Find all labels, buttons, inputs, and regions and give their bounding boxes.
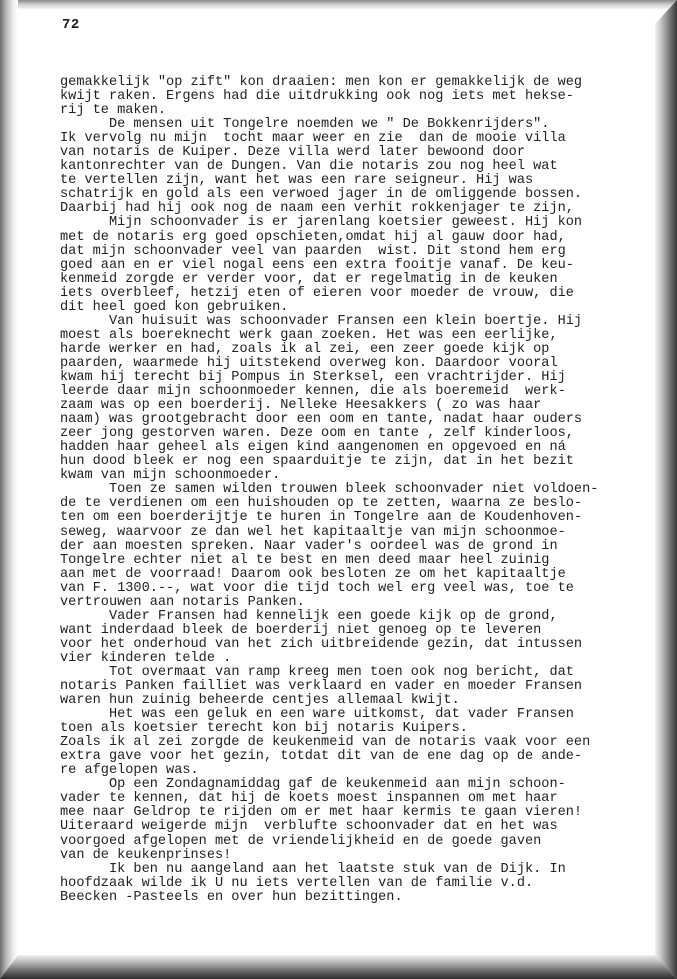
- text-line: dat mijn schoonvader veel van paarden wi…: [60, 245, 640, 259]
- text-line: waren hun zuinig beheerde centjes allema…: [60, 694, 640, 708]
- text-line: goed aan en er viel nogal eens een extra…: [60, 259, 640, 273]
- text-line: vertrouwen aan notaris Panken.: [60, 596, 640, 610]
- text-line: re afgelopen was.: [60, 764, 640, 778]
- text-line: te vertellen zijn, want het was een rare…: [60, 174, 640, 188]
- text-line: hun dood bleek er nog een spaarduitje te…: [60, 455, 640, 469]
- text-line: Uiteraard weigerde mijn verblufte schoon…: [60, 820, 640, 834]
- typewritten-body-text: gemakkelijk "op zift" kon draaien: men k…: [60, 76, 640, 905]
- text-line: rij te maken.: [60, 104, 640, 118]
- text-line: Toen ze samen wilden trouwen bleek schoo…: [60, 483, 640, 497]
- text-line: met de notaris erg goed opschieten,omdat…: [60, 231, 640, 245]
- text-line: Ik ben nu aangeland aan het laatste stuk…: [60, 863, 640, 877]
- text-line: vier kinderen telde .: [60, 652, 640, 666]
- text-line: toen als koetsier terecht kon bij notari…: [60, 722, 640, 736]
- text-line: kantonrechter van de Dungen. Van die not…: [60, 160, 640, 174]
- text-line: hadden haar geheel als eigen kind aangen…: [60, 441, 640, 455]
- text-line: Vader Fransen had kennelijk een goede ki…: [60, 610, 640, 624]
- text-line: vader te kennen, dat hij de koets moest …: [60, 792, 640, 806]
- text-line: Mijn schoonvader is er jarenlang koetsie…: [60, 216, 640, 230]
- text-line: Zoals ik al zei zorgde de keukenmeid van…: [60, 736, 640, 750]
- text-line: seweg, waarvoor ze dan wel het kapitaalt…: [60, 526, 640, 540]
- text-line: kwam van mijn schoonmoeder.: [60, 469, 640, 483]
- text-line: van F. 1300.--, wat voor die tijd toch w…: [60, 582, 640, 596]
- text-line: van notaris de Kuiper. Deze villa werd l…: [60, 146, 640, 160]
- text-line: kenmeid zorgde er verder voor, dat er re…: [60, 273, 640, 287]
- text-line: mee naar Geldrop te rijden om er met haa…: [60, 806, 640, 820]
- text-line: moest als boereknecht werk gaan zoeken. …: [60, 329, 640, 343]
- text-line: van de keukenprinses!: [60, 849, 640, 863]
- text-line: iets overbleef, hetzij eten of eieren vo…: [60, 287, 640, 301]
- text-line: de te verdienen om een huishouden op te …: [60, 497, 640, 511]
- text-line: want inderdaad bleek de boerderij niet g…: [60, 624, 640, 638]
- text-line: Op een Zondagnamiddag gaf de keukenmeid …: [60, 778, 640, 792]
- frame-bevel-top: [0, 0, 677, 10]
- text-line: kwam hij terecht bij Pompus in Sterksel,…: [60, 371, 640, 385]
- text-line: Tot overmaat van ramp kreeg men toen ook…: [60, 666, 640, 680]
- text-line: leerde daar mijn schoonmoeder kennen, di…: [60, 385, 640, 399]
- text-line: voor het onderhoud van het zich uitbreid…: [60, 638, 640, 652]
- text-line: der aan moesten spreken. Naar vader's oo…: [60, 540, 640, 554]
- text-line: Tongelre echter niet al te best en men d…: [60, 554, 640, 568]
- text-line: Het was een geluk en een ware uitkomst, …: [60, 708, 640, 722]
- text-line: hoofdzaak wilde ik U nu iets vertellen v…: [60, 877, 640, 891]
- text-line: notaris Panken failliet was verklaard en…: [60, 680, 640, 694]
- document-frame: 72 gemakkelijk "op zift" kon draaien: me…: [0, 0, 677, 979]
- frame-bevel-right: [655, 0, 677, 979]
- text-line: harde werker en had, zoals ik al zei, ee…: [60, 343, 640, 357]
- text-line: gemakkelijk "op zift" kon draaien: men k…: [60, 76, 640, 90]
- text-line: voorgoed afgelopen met de vriendelijkhei…: [60, 835, 640, 849]
- text-line: ten om een boerderijtje te huren in Tong…: [60, 511, 640, 525]
- frame-bevel-bottom: [0, 955, 677, 979]
- text-line: Daarbij had hij ook nog de naam een verh…: [60, 202, 640, 216]
- text-line: kwijt raken. Ergens had die uitdrukking …: [60, 90, 640, 104]
- page-number: 72: [62, 17, 80, 33]
- text-line: paarden, waarmede hij uitstekend overweg…: [60, 357, 640, 371]
- text-line: De mensen uit Tongelre noemden we " De B…: [60, 118, 640, 132]
- text-line: schatrijk en gold als een verwoed jager …: [60, 188, 640, 202]
- text-line: Beecken -Pasteels en over hun bezittinge…: [60, 891, 640, 905]
- text-line: Van huisuit was schoonvader Fransen een …: [60, 315, 640, 329]
- text-line: naam) was grootgebracht door een oom en …: [60, 413, 640, 427]
- text-line: extra gave voor het gezin, totdat dit va…: [60, 750, 640, 764]
- frame-bevel-left: [0, 0, 18, 979]
- text-line: aan met de voorraad! Daarom ook besloten…: [60, 568, 640, 582]
- text-line: zaam was op een boerderij. Nelleke Heesa…: [60, 399, 640, 413]
- text-line: dit heel goed kon gebruiken.: [60, 301, 640, 315]
- text-line: zeer jong gestorven waren. Deze oom en t…: [60, 427, 640, 441]
- text-line: Ik vervolg nu mijn tocht maar weer en zi…: [60, 132, 640, 146]
